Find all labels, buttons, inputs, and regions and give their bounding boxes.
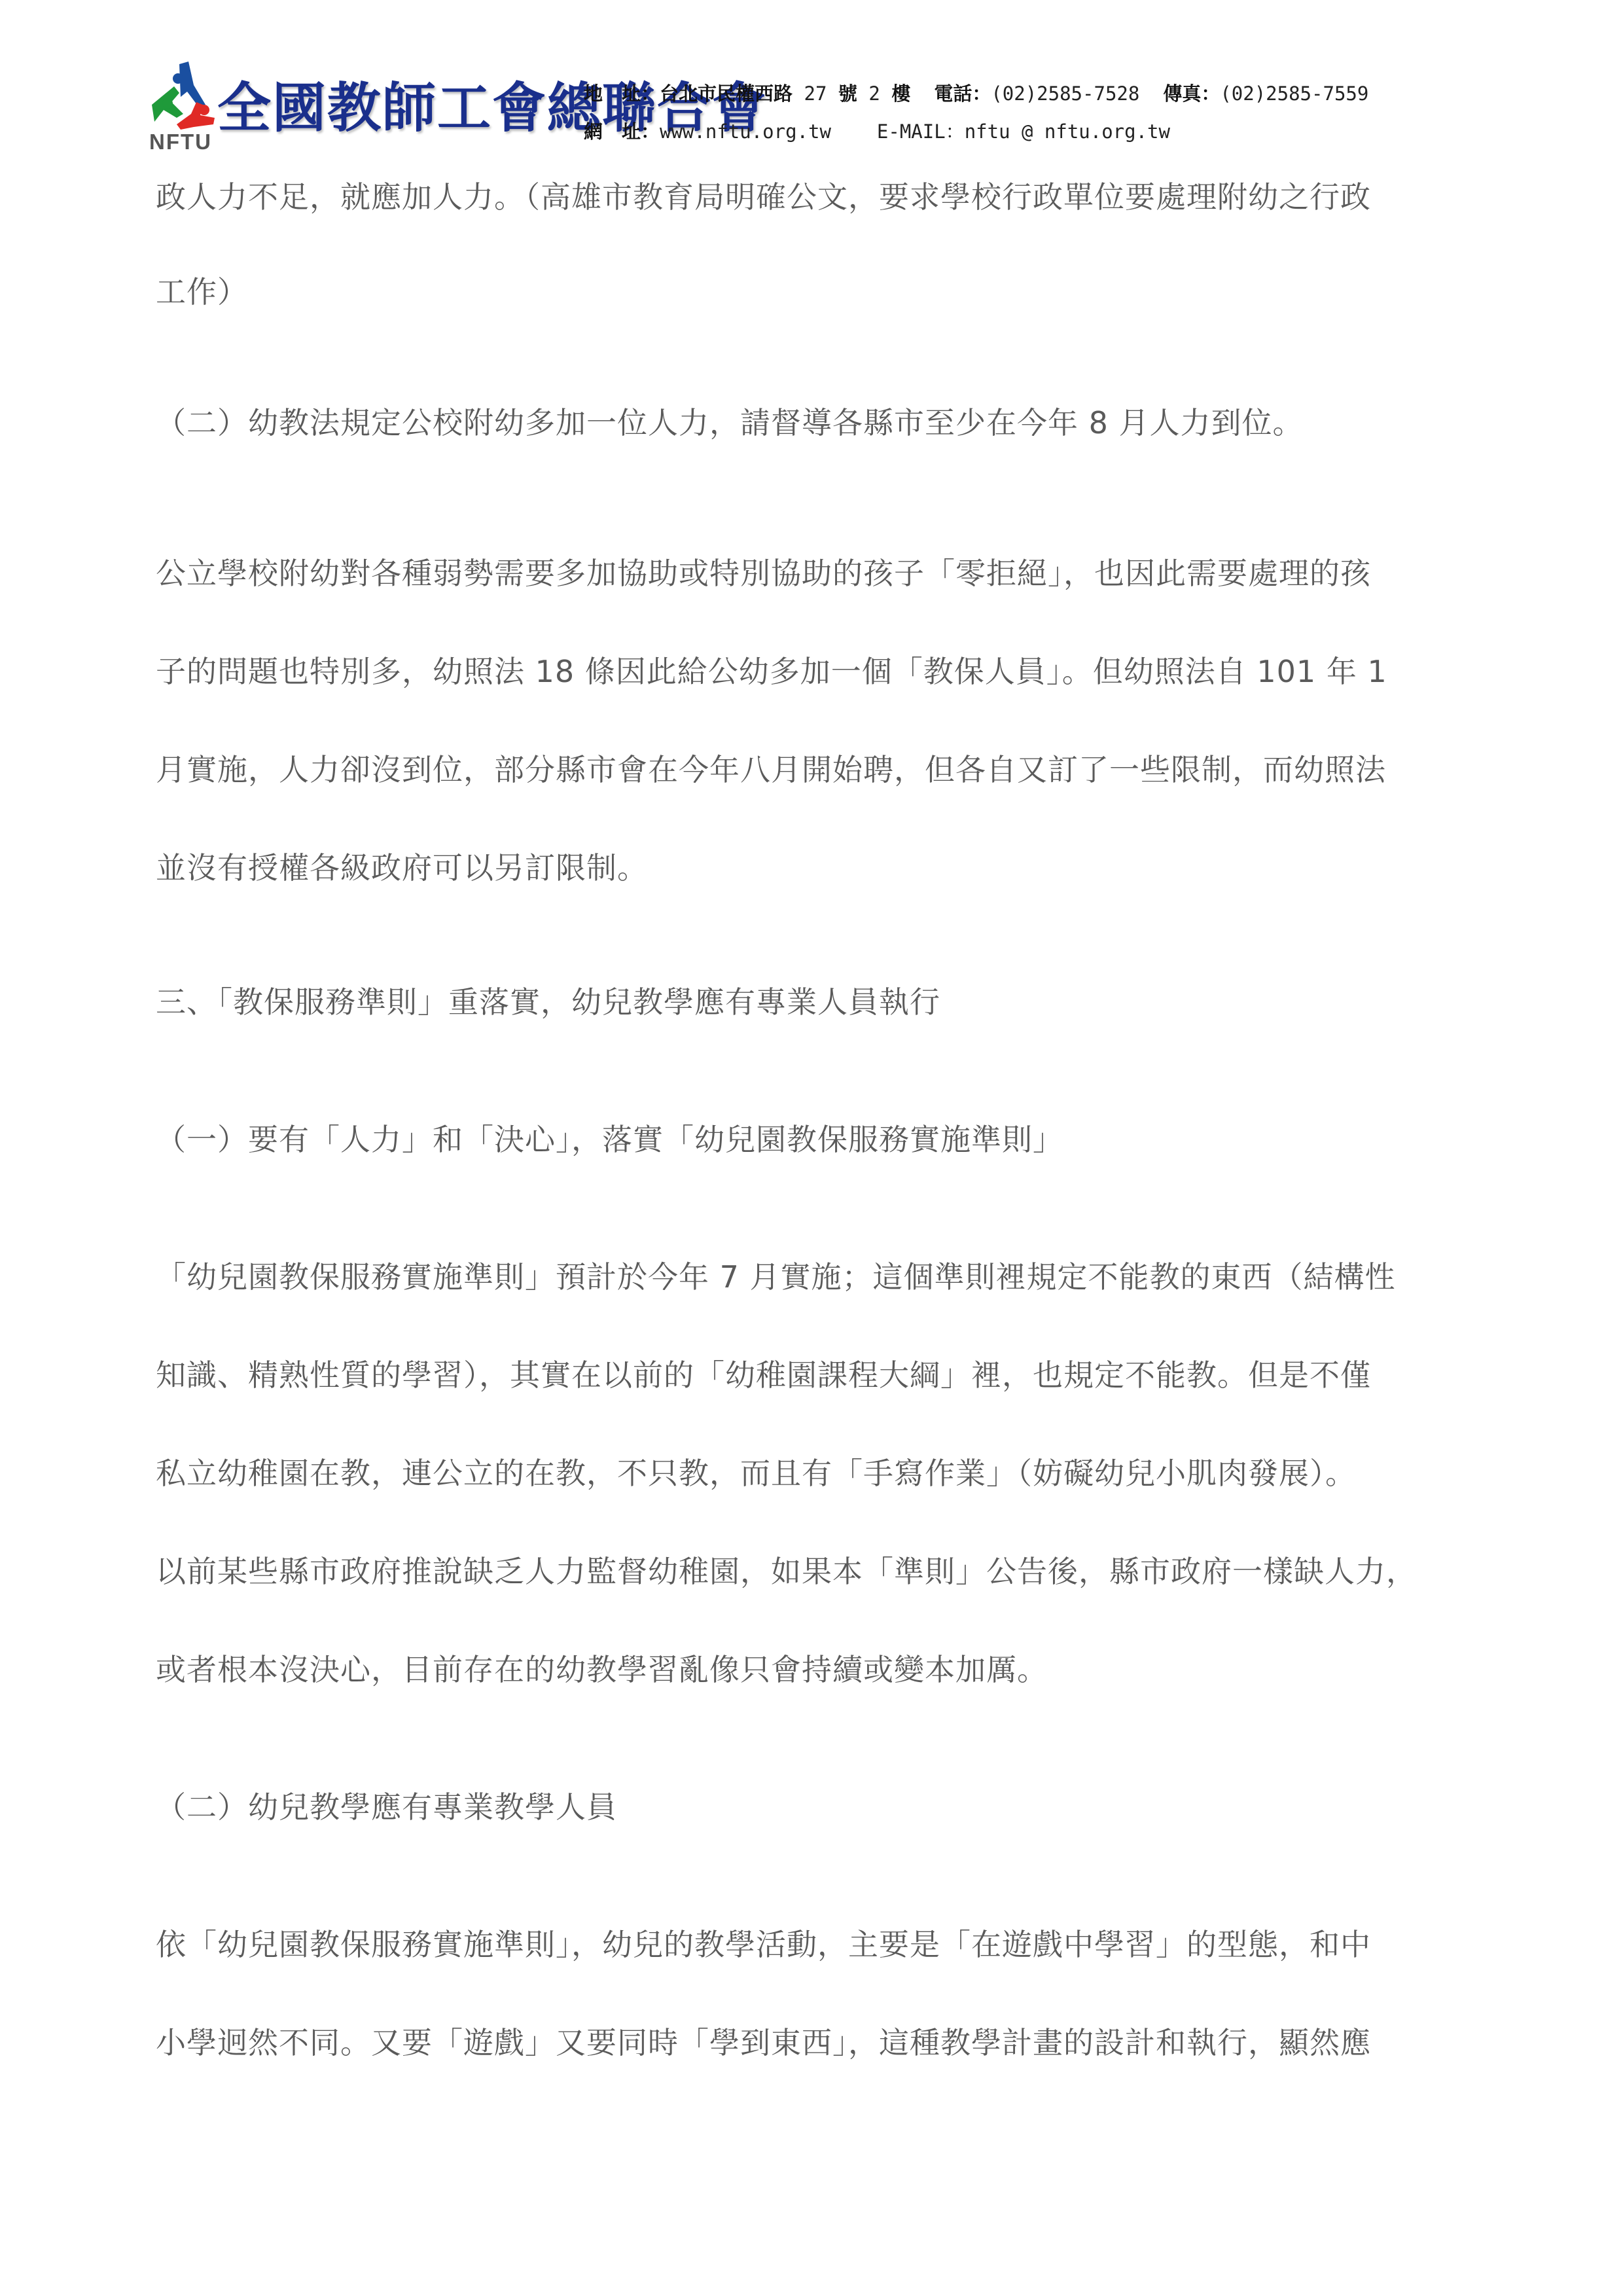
fax-value: (02)2585-7559 [1220, 82, 1368, 105]
address-number-1: 27 [804, 82, 827, 105]
fax-label: 傳真： [1163, 82, 1220, 105]
paragraph-line: 知識、精熟性質的學習），其實在以前的「幼稚園課程大綱」裡，也規定不能教。但是不僅 [156, 1352, 1471, 1395]
paragraph-line: 公立學校附幼對各種弱勢需要多加協助或特別協助的孩子「零拒絕」，也因此需要處理的孩 [156, 550, 1471, 593]
address-part-1: 台北市民權西路 [660, 82, 793, 105]
phone-value: (02)2585-7528 [991, 82, 1139, 105]
address-row: 地 址：台北市民權西路 27 號 2 樓電話：(02)2585-7528傳真：(… [584, 75, 1368, 113]
paragraph-line: 並沒有授權各級政府可以另訂限制。 [156, 844, 1471, 888]
nftu-logo: NFTU 全國教師工會總聯合會 [144, 59, 550, 157]
website-link[interactable]: www.nftu.org.tw [660, 120, 831, 143]
email-link[interactable]: nftu @ nftu.org.tw [965, 120, 1170, 143]
contact-info: 地 址：台北市民權西路 27 號 2 樓電話：(02)2585-7528傳真：(… [584, 75, 1368, 151]
email-label: E-MAIL： [877, 120, 965, 143]
paragraph-line: 工作） [156, 268, 1471, 312]
phone-label: 電話： [934, 82, 991, 105]
paragraph-line: 「幼兒園教保服務實施準則」預計於今年 7 月實施；這個準則裡規定不能教的東西（結… [156, 1253, 1471, 1297]
subsection-heading: （一）要有「人力」和「決心」，落實「幼兒園教保服務實施準則」 [156, 1116, 1471, 1159]
paragraph-line: 政人力不足，就應加人力。（高雄市教育局明確公文，要求學校行政單位要處理附幼之行政 [156, 173, 1471, 217]
address-part-3: 樓 [891, 82, 910, 105]
paragraph-line: 小學迥然不同。又要「遊戲」又要同時「學到東西」，這種教學計畫的設計和執行，顯然應 [156, 2019, 1471, 2062]
paragraph-line: 依「幼兒園教保服務實施準則」，幼兒的教學活動，主要是「在遊戲中學習」的型態，和中 [156, 1921, 1471, 1964]
address-label: 地 址： [584, 82, 660, 105]
section-heading: 三、「教保服務準則」重落實，幼兒教學應有專業人員執行 [156, 978, 1471, 1022]
paragraph-line: 或者根本沒決心，目前存在的幼教學習亂像只會持續或變本加厲。 [156, 1646, 1471, 1689]
address-number-2: 2 [868, 82, 880, 105]
subsection-heading: （二）幼兒教學應有專業教學人員 [156, 1784, 1471, 1827]
paragraph-line: 子的問題也特別多，幼照法 18 條因此給公幼多加一個「教保人員」。但幼照法自 1… [156, 648, 1471, 691]
address-part-2: 號 [838, 82, 857, 105]
paragraph-line: 月實施，人力卻沒到位，部分縣市會在今年八月開始聘，但各自又訂了一些限制，而幼照法 [156, 746, 1471, 789]
website-label: 網 址： [584, 120, 660, 143]
subsection-heading: （二）幼教法規定公校附幼多加一位人力，請督導各縣市至少在今年 8 月人力到位。 [156, 399, 1471, 442]
logo-abbreviation: NFTU [149, 130, 212, 154]
web-row: 網 址：www.nftu.org.twE-MAIL：nftu @ nftu.or… [584, 113, 1368, 151]
paragraph-line: 以前某些縣市政府推說缺乏人力監督幼稚園，如果本「準則」公告後，縣市政府一樣缺人力… [156, 1548, 1471, 1591]
letterhead: NFTU 全國教師工會總聯合會 地 址：台北市民權西路 27 號 2 樓電話：(… [144, 59, 1492, 157]
paragraph-line: 私立幼稚園在教，連公立的在教，不只教，而且有「手寫作業」（妨礙幼兒小肌肉發展）。 [156, 1450, 1471, 1493]
